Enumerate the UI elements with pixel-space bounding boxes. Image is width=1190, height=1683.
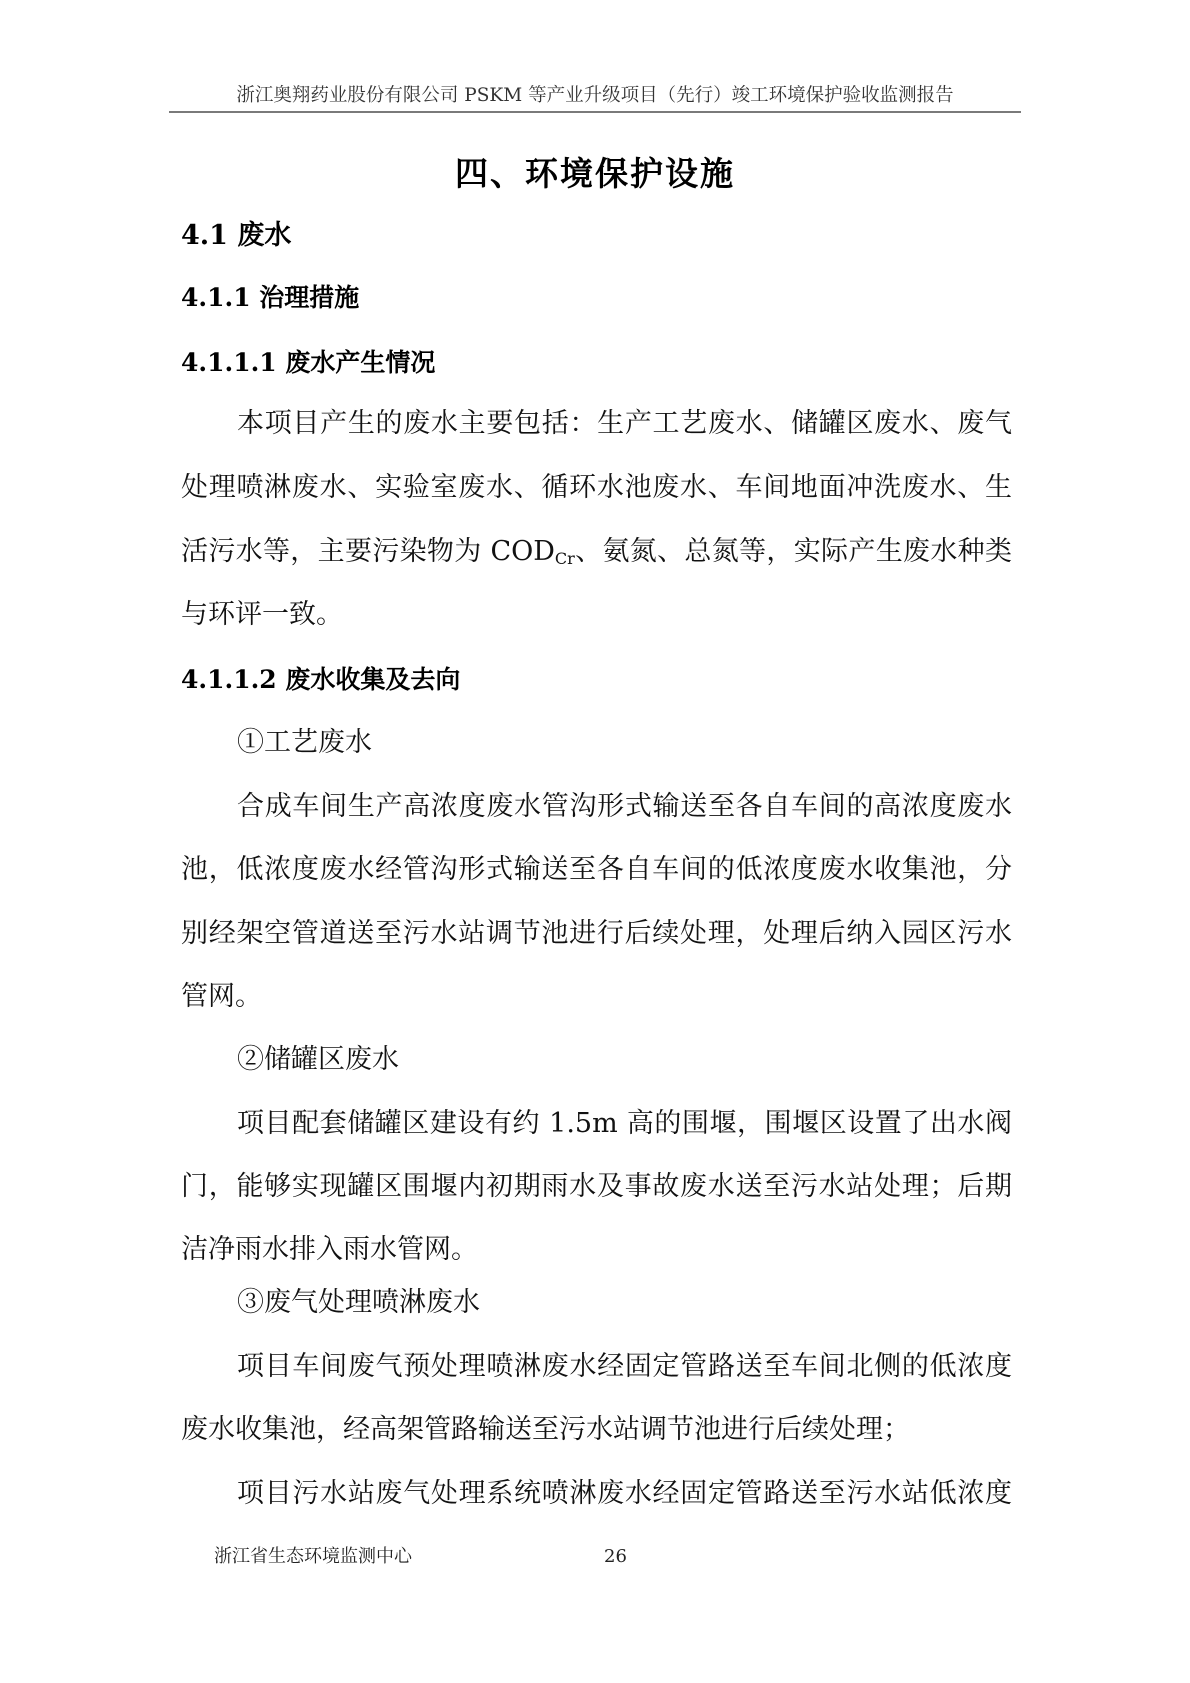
section-heading-4-1-1-2: 4.1.1.2 废水收集及去向: [181, 663, 460, 697]
document-page: 浙江奥翔药业股份有限公司 PSKM 等产业升级项目（先行）竣工环境保护验收监测报…: [0, 0, 1190, 1683]
paragraph-line: 别经架空管道送至污水站调节池进行后续处理，处理后纳入园区污水: [181, 917, 1012, 951]
footer-organization: 浙江省生态环境监测中心: [214, 1545, 412, 1569]
paragraph-line: 项目车间废气预处理喷淋废水经固定管路送至车间北侧的低浓度: [237, 1350, 1012, 1384]
paragraph-line: 合成车间生产高浓度废水管沟形式输送至各自车间的高浓度废水: [237, 790, 1012, 824]
paragraph-line: 废水收集池，经高架管路输送至污水站调节池进行后续处理；: [181, 1413, 910, 1447]
paragraph-line: 门，能够实现罐区围堰内初期雨水及事故废水送至污水站处理；后期: [181, 1170, 1012, 1204]
section-heading-4-1: 4.1 废水: [181, 218, 291, 254]
paragraph-line: 活污水等，主要污染物为 CODCr、氨氮、总氮等，实际产生废水种类: [181, 535, 1012, 576]
paragraph-line: 项目配套储罐区建设有约 1.5m 高的围堰，围堰区设置了出水阀: [237, 1107, 1012, 1141]
chapter-title: 四、环境保护设施: [0, 154, 1190, 194]
list-item-label: ③废气处理喷淋废水: [237, 1286, 480, 1320]
header-divider: [169, 111, 1021, 113]
paragraph-line: 洁净雨水排入雨水管网。: [181, 1233, 478, 1267]
paragraph-line: 本项目产生的废水主要包括：生产工艺废水、储罐区废水、废气: [237, 407, 1012, 441]
paragraph-line: 池，低浓度废水经管沟形式输送至各自车间的低浓度废水收集池，分: [181, 853, 1012, 887]
subscript-cr: Cr: [555, 549, 575, 568]
paragraph-line: 处理喷淋废水、实验室废水、循环水池废水、车间地面冲洗废水、生: [181, 471, 1012, 505]
paragraph-line: 与环评一致。: [181, 598, 343, 632]
text-span: 活污水等，主要污染物为 COD: [181, 536, 555, 567]
list-item-label: ②储罐区废水: [237, 1043, 399, 1077]
running-header: 浙江奥翔药业股份有限公司 PSKM 等产业升级项目（先行）竣工环境保护验收监测报…: [169, 84, 1021, 108]
page-number: 26: [604, 1545, 627, 1569]
text-span: 、氨氮、总氮等，实际产生废水种类: [575, 536, 1012, 567]
list-item-label: ①工艺废水: [237, 726, 372, 760]
section-heading-4-1-1-1: 4.1.1.1 废水产生情况: [181, 346, 435, 380]
section-heading-4-1-1: 4.1.1 治理措施: [181, 281, 359, 315]
paragraph-line: 项目污水站废气处理系统喷淋废水经固定管路送至污水站低浓度: [237, 1477, 1012, 1511]
paragraph-line: 管网。: [181, 980, 262, 1014]
